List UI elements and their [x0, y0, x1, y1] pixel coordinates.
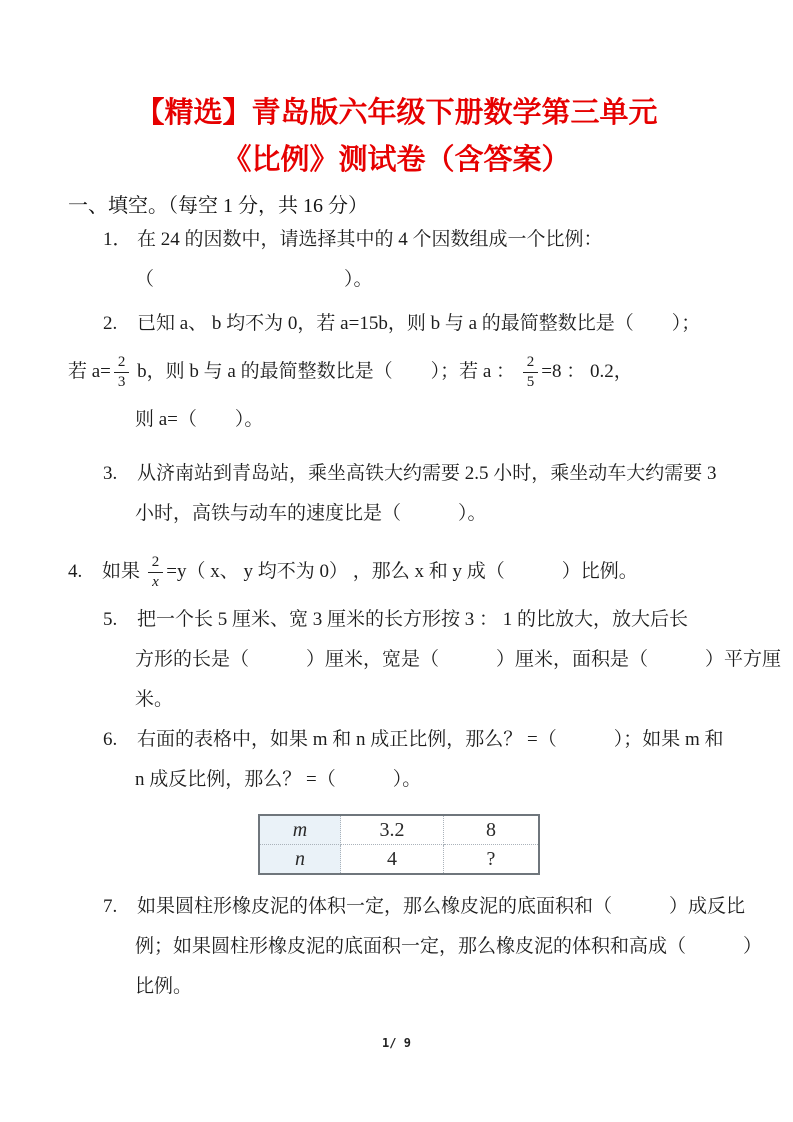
question-1-number: 1．: [103, 220, 137, 260]
question-6-line-2: n 成反比例，那么？ =（ ）。: [68, 760, 773, 800]
question-7-text: 如果圆柱形橡皮泥的体积一定，那么橡皮泥的底面积和（ ）成反比: [137, 896, 745, 917]
title-line-2: 《比例》测试卷（含答案）: [0, 137, 793, 184]
question-7-line-1: 7.如果圆柱形橡皮泥的体积一定，那么橡皮泥的底面积和（ ）成反比: [68, 887, 773, 927]
question-2-line-3: 则 a=（ ）。: [68, 400, 773, 440]
question-5-line-2: 方形的长是（ ）厘米，宽是（ ）厘米，面积是（ ）平方厘: [68, 640, 773, 680]
table-cell-m: m: [259, 815, 341, 845]
question-6-number: 6.: [103, 720, 137, 760]
question-1-line-2: （ ）。: [68, 260, 773, 300]
question-2-text: =8 ： 0.2，: [541, 361, 632, 382]
question-3-text: 从济南站到青岛站，乘坐高铁大约需要 2.5 小时，乘坐动车大约需要 3: [137, 463, 717, 484]
question-2-line-2: 若 a=23 b，则 b 与 a 的最简整数比是（ ）；若 a ： 25=8 ：…: [68, 344, 773, 400]
table-row: m 3.2 8: [259, 815, 539, 845]
question-4-line-1: 4.如果 2x=y（ x、 y 均不为 0） ，那么 x 和 y 成（ ）比例。: [68, 544, 773, 600]
document-title: 【精选】青岛版六年级下册数学第三单元 《比例》测试卷（含答案）: [0, 0, 793, 184]
question-3-number: 3.: [103, 454, 137, 494]
table-cell: 4: [341, 845, 444, 875]
fraction-denominator: 5: [523, 373, 539, 391]
fraction-numerator: 2: [148, 554, 164, 573]
question-2-text: 已知 a、 b 均不为 0，若 a=15b，则 b 与 a 的最简整数比是（ ）…: [137, 313, 700, 334]
table-row: n 4 ?: [259, 845, 539, 875]
question-4-text: 如果: [102, 561, 145, 582]
section-heading: 一、填空。（每空 1 分，共 16 分）: [68, 192, 793, 220]
fraction-numerator: 2: [114, 354, 130, 373]
question-5-line-1: 5.把一个长 5 厘米、宽 3 厘米的长方形按 3 ： 1 的比放大，放大后长: [68, 600, 773, 640]
fraction-denominator: 3: [114, 373, 130, 391]
question-6-text: 右面的表格中，如果 m 和 n 成正比例，那么？ =（ ）；如果 m 和: [137, 729, 724, 750]
questions-list: 1．在 24 的因数中，请选择其中的 4 个因数组成一个比例： （ ）。 2.已…: [68, 220, 773, 1007]
question-7-line-3: 比例。: [68, 967, 773, 1007]
m-n-ratio-table: m 3.2 8 n 4 ?: [258, 814, 540, 875]
question-3-line-2: 小时，高铁与动车的速度比是（ ）。: [68, 494, 773, 534]
table-cell: ?: [444, 845, 540, 875]
question-3-line-1: 3.从济南站到青岛站，乘坐高铁大约需要 2.5 小时，乘坐动车大约需要 3: [68, 454, 773, 494]
question-1-line-1: 1．在 24 的因数中，请选择其中的 4 个因数组成一个比例：: [68, 220, 773, 260]
question-4-number: 4.: [68, 552, 102, 592]
table-cell-n: n: [259, 845, 341, 875]
fraction-two-thirds: 23: [114, 354, 130, 391]
fraction-two-over-x: 2x: [148, 554, 164, 591]
fraction-two-fifths: 25: [523, 354, 539, 391]
fraction-numerator: 2: [523, 354, 539, 373]
table-cell: 8: [444, 815, 540, 845]
question-1-text: 在 24 的因数中，请选择其中的 4 个因数组成一个比例：: [137, 229, 603, 250]
question-6-line-1: 6.右面的表格中，如果 m 和 n 成正比例，那么？ =（ ）；如果 m 和: [68, 720, 773, 760]
question-2-text: b，则 b 与 a 的最简整数比是（ ）；若 a ：: [132, 361, 519, 382]
question-7-number: 7.: [103, 887, 137, 927]
document-page: 【精选】青岛版六年级下册数学第三单元 《比例》测试卷（含答案） 一、填空。（每空…: [0, 0, 793, 1122]
title-line-1: 【精选】青岛版六年级下册数学第三单元: [0, 90, 793, 137]
question-2-number: 2.: [103, 304, 137, 344]
question-2-text: 若 a=: [68, 361, 111, 382]
question-2-line-1: 2.已知 a、 b 均不为 0，若 a=15b，则 b 与 a 的最简整数比是（…: [68, 304, 773, 344]
question-5-text: 把一个长 5 厘米、宽 3 厘米的长方形按 3 ： 1 的比放大，放大后长: [137, 609, 688, 630]
page-number: 1/ 9: [0, 1036, 793, 1050]
question-5-number: 5.: [103, 600, 137, 640]
question-5-line-3: 米。: [68, 680, 773, 720]
question-7-line-2: 例；如果圆柱形橡皮泥的底面积一定，那么橡皮泥的体积和高成（ ）: [68, 927, 773, 967]
question-4-text: =y（ x、 y 均不为 0） ，那么 x 和 y 成（ ）比例。: [166, 561, 637, 582]
table-cell: 3.2: [341, 815, 444, 845]
fraction-denominator: x: [148, 573, 164, 591]
